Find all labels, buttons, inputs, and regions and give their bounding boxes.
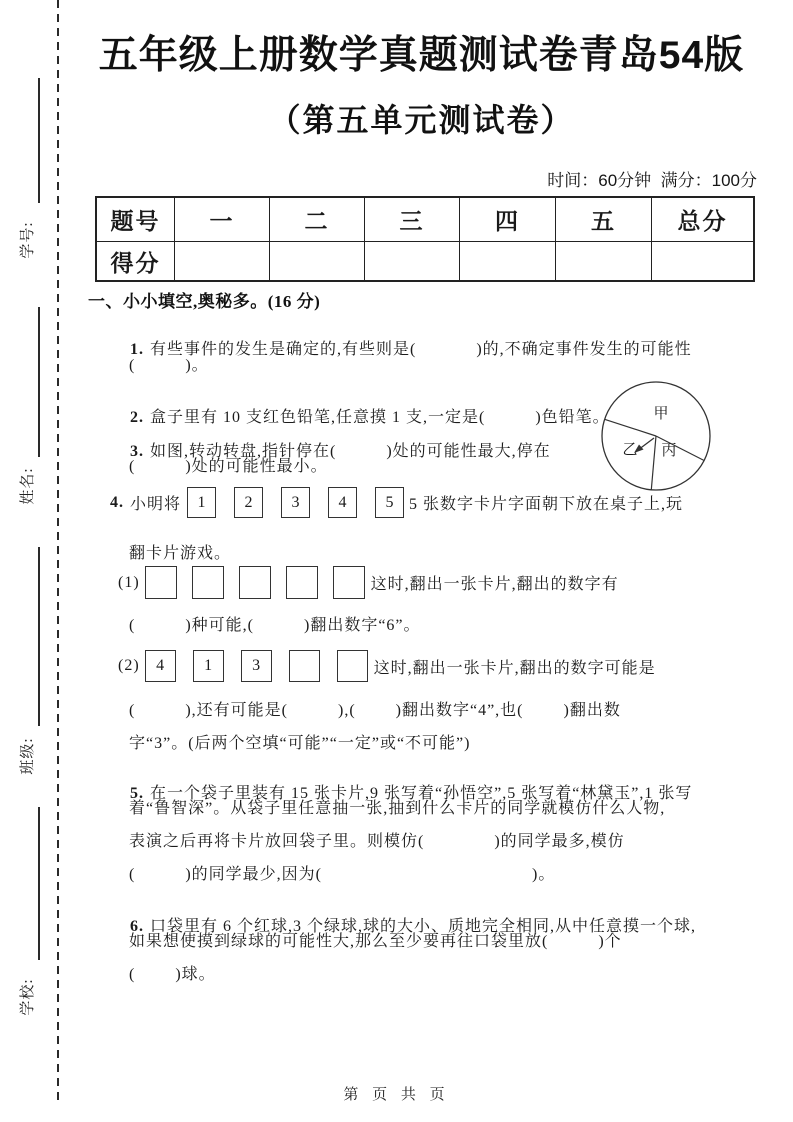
student-id-write-line — [38, 78, 40, 203]
number-card-3: 3 — [281, 487, 310, 518]
q5-line2: 着“鲁智深”。从袋子里任意抽一张,抽到什么卡片的同学就模仿什么人物, — [129, 795, 665, 818]
flipped-card-3: 3 — [241, 650, 272, 682]
q4-intro-pre: 小明将 — [130, 491, 181, 514]
school-write-line — [38, 807, 40, 960]
score-table: 题号 一 二 三 四 五 总分 得分 — [95, 196, 755, 282]
q4-intro-line2: 翻卡片游戏。 — [129, 540, 231, 563]
section-1-heading: 一、小小填空,奥秘多。(16 分) — [88, 287, 320, 312]
facedown-card-4 — [286, 566, 318, 599]
q5-line4: ( )的同学最少,因为( )。 — [129, 861, 555, 884]
student-name-write-line — [38, 307, 40, 457]
seal-dashed-line — [57, 0, 59, 1106]
spinner-divider-left — [605, 419, 656, 436]
q4-number: 4. — [110, 494, 124, 512]
class-write-line — [38, 547, 40, 726]
spinner-label-bing: 丙 — [661, 442, 676, 459]
facedown-card-1 — [145, 566, 177, 599]
score-cell-3 — [365, 242, 460, 280]
q4-part2-post: 这时,翻出一张卡片,翻出的数字可能是 — [374, 655, 656, 678]
score-cell-2 — [270, 242, 365, 280]
number-card-4: 4 — [328, 487, 357, 518]
score-cell-4 — [460, 242, 556, 280]
q1-line2: ( )。 — [129, 352, 209, 375]
spinner-label-jia: 甲 — [653, 405, 668, 422]
q4-part1-row: (1) 这时,翻出一张卡片,翻出的数字有 — [118, 566, 619, 599]
score-col-1: 一 — [175, 198, 270, 242]
score-table-corner: 题号 — [97, 198, 175, 242]
paper-title: 五年级上册数学真题测试卷青岛54版 — [60, 24, 783, 80]
spinner-divider-bottom — [651, 436, 656, 490]
q4-part2-line3: 字“3”。(后两个空填“可能”“一定”或“不可能”) — [129, 730, 470, 753]
score-col-2: 二 — [270, 198, 365, 242]
score-cell-1 — [175, 242, 270, 280]
score-cell-5 — [556, 242, 652, 280]
score-col-3: 三 — [365, 198, 460, 242]
time-score-info: 时间：60分钟 满分：100分 — [547, 166, 757, 191]
school-label: 学校: — [0, 978, 68, 1016]
q4-part1-line2: ( )种可能,( )翻出数字“6”。 — [129, 612, 421, 635]
score-col-5: 五 — [556, 198, 652, 242]
score-col-total: 总分 — [652, 198, 753, 242]
q4-part1-label: (1) — [118, 574, 140, 592]
number-card-5: 5 — [375, 487, 404, 518]
test-paper-page: 学号: 姓名: 班级: 学校: 五年级上册数学真题测试卷青岛54版 （第五单元测… — [0, 0, 793, 1122]
student-id-label: 学号: — [0, 221, 68, 259]
q4-part2-row: (2) 4 1 3 这时,翻出一张卡片,翻出的数字可能是 — [118, 650, 656, 682]
flipped-card-5 — [337, 650, 368, 682]
q1-text1: 有些事件的发生是确定的,有些则是( )的,不确定事件发生的可能性 — [150, 341, 692, 358]
q5-line3: 表演之后再将卡片放回袋子里。则模仿( )的同学最多,模仿 — [129, 828, 625, 851]
number-card-2: 2 — [234, 487, 263, 518]
q4-part1-post: 这时,翻出一张卡片,翻出的数字有 — [371, 571, 619, 594]
q3-line2: ( )处的可能性最小。 — [129, 453, 328, 476]
q4-part2-line2: ( ),还有可能是( ),( )翻出数字“4”,也( )翻出数 — [129, 697, 621, 720]
spinner-diagram: 甲 乙 丙 — [592, 376, 722, 498]
spinner-label-yi: 乙 — [622, 442, 637, 458]
q6-line2: 如果想使摸到绿球的可能性大,那么至少要再往口袋里放( )个 — [129, 928, 622, 951]
flipped-card-4 — [289, 650, 320, 682]
facedown-card-5 — [333, 566, 365, 599]
score-col-4: 四 — [460, 198, 556, 242]
q4-part2-label: (2) — [118, 657, 140, 675]
paper-subtitle: （第五单元测试卷） — [60, 95, 783, 141]
page-footer: 第 页 共 页 — [0, 1083, 793, 1104]
class-label: 班级: — [0, 737, 68, 775]
facedown-card-2 — [192, 566, 224, 599]
q4-intro-row: 4.小明将 1 2 3 4 5 5 张数字卡片字面朝下放在桌子上,玩 — [110, 487, 683, 518]
q4-intro-post: 5 张数字卡片字面朝下放在桌子上,玩 — [409, 491, 683, 514]
flipped-card-1: 4 — [145, 650, 176, 682]
score-row-label: 得分 — [97, 242, 175, 280]
flipped-card-2: 1 — [193, 650, 224, 682]
score-cell-total — [652, 242, 753, 280]
number-card-1: 1 — [187, 487, 216, 518]
q6-line3: ( )球。 — [129, 961, 216, 984]
facedown-card-3 — [239, 566, 271, 599]
student-name-label: 姓名: — [0, 467, 68, 505]
